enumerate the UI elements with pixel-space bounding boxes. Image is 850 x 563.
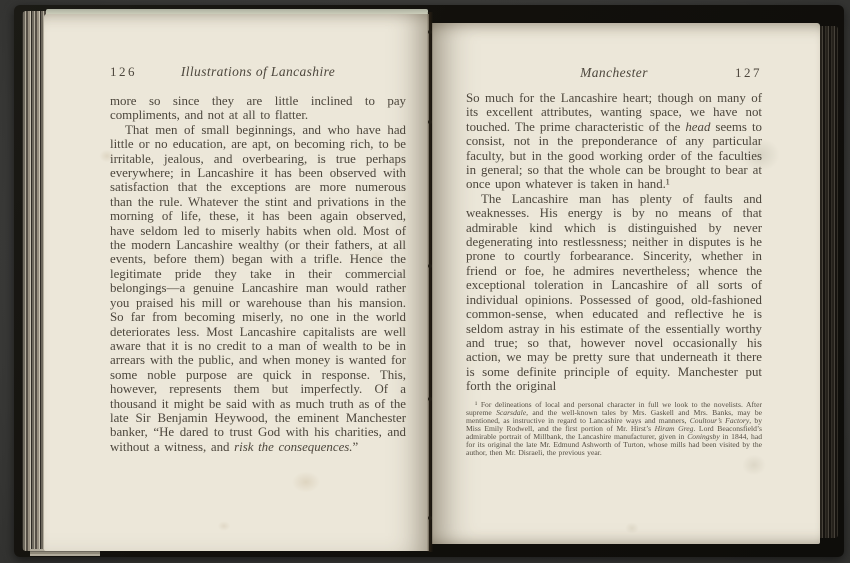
right-page: Manchester 127 So much for the Lancashir…	[432, 23, 820, 544]
footnote: ¹ For delineations of local and personal…	[466, 401, 762, 457]
left-page-body: more so since they are little inclined t…	[110, 94, 406, 454]
text-segment: ”	[353, 440, 359, 454]
stitch-dot	[428, 264, 432, 268]
italic-text-segment: head	[685, 120, 710, 134]
right-page-number: 127	[735, 63, 762, 83]
book-photo: 126 Illustrations of Lancashire more so …	[0, 0, 850, 563]
italic-text-segment: risk the consequences.	[234, 440, 352, 454]
right-page-text-column: Manchester 127 So much for the Lancashir…	[466, 63, 762, 457]
page-edges-left	[22, 11, 46, 551]
stitch-dot	[428, 30, 432, 34]
paragraph: more so since they are little inclined t…	[110, 94, 406, 123]
text-segment: The Lancashire man has plenty of faults …	[466, 192, 762, 393]
paragraph: ¹ For delineations of local and personal…	[466, 401, 762, 457]
stitch-dot	[428, 516, 432, 520]
right-page-body: So much for the Lancashire heart; though…	[466, 91, 762, 394]
left-page-text-column: 126 Illustrations of Lancashire more so …	[110, 62, 406, 454]
book-gutter	[427, 12, 433, 552]
page-edges-right	[820, 26, 838, 538]
left-page-header: 126 Illustrations of Lancashire	[110, 62, 406, 82]
right-page-header: Manchester 127	[466, 63, 762, 83]
paragraph: The Lancashire man has plenty of faults …	[466, 192, 762, 394]
text-segment: more so since they are little inclined t…	[110, 94, 406, 122]
stitch-dot	[428, 120, 432, 124]
left-page-number: 126	[110, 62, 137, 82]
right-running-title: Manchester	[466, 63, 762, 83]
left-running-title: Illustrations of Lancashire	[110, 62, 406, 82]
paragraph: That men of small beginnings, and who ha…	[110, 123, 406, 454]
stitch-dot	[428, 397, 432, 401]
paragraph: So much for the Lancashire heart; though…	[466, 91, 762, 192]
left-page: 126 Illustrations of Lancashire more so …	[44, 14, 429, 551]
text-segment: That men of small beginnings, and who ha…	[110, 123, 406, 454]
